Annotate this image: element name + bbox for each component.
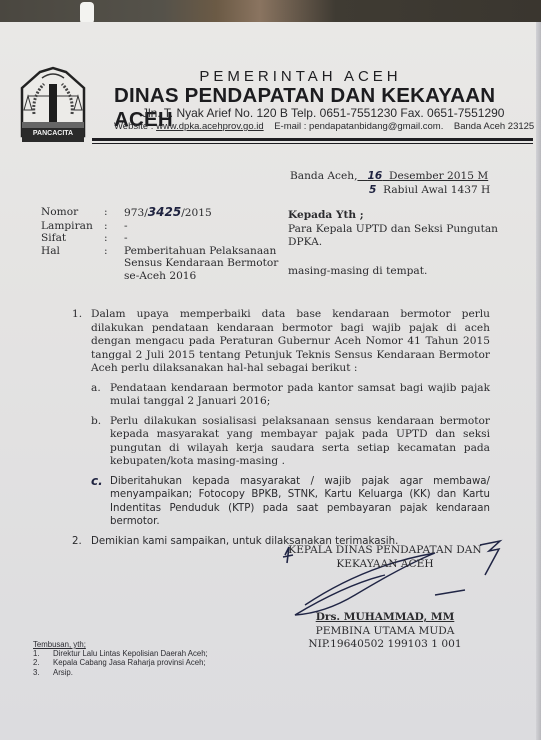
sub-item-label: a.	[91, 382, 110, 409]
meta-key: Sifat	[41, 232, 104, 245]
meta-row-nomor: Nomor : 973/3425/2015	[41, 206, 284, 220]
signatory-name: Drs. MUHAMMAD, MM	[285, 611, 485, 625]
body-item-1: 1. Dalam upaya memperbaiki data base ken…	[72, 308, 490, 376]
city-postal: Banda Aceh 23125	[454, 121, 534, 132]
meta-sep: :	[104, 206, 124, 220]
cc-item: 3.Arsip.	[33, 668, 208, 677]
nomor-suffix: /2015	[181, 207, 212, 219]
letterhead-rule-thick	[92, 138, 533, 141]
signatory-title-2: KEKAYAAN ACEH	[285, 558, 485, 572]
letter-body: 1. Dalam upaya memperbaiki data base ken…	[72, 308, 490, 548]
meta-row-lampiran: Lampiran : -	[41, 220, 284, 233]
letterhead-contact: Website : www.dpka.acehprov.go.id E-mail…	[114, 121, 534, 132]
meta-key: Nomor	[41, 206, 104, 220]
letterhead-address: Jln. T. Nyak Arief No. 120 B Telp. 0651-…	[142, 106, 504, 120]
date-day-handwritten: 16	[368, 170, 383, 182]
sub-item-b: b. Perlu dilakukan sosialisasi pelaksana…	[91, 415, 490, 469]
hijri-rest: Rabiul Awal 1437 H	[383, 184, 490, 196]
sub-item-text: Diberitahukan kepada masyarakat / wajib …	[110, 475, 490, 529]
email-text: E-mail : pendapatanbidang@gmail.com.	[274, 121, 443, 132]
meta-value: -	[124, 220, 284, 233]
sub-item-label: b.	[91, 415, 110, 469]
meta-value: Pemberitahuan Pelaksanaan Sensus Kendara…	[124, 245, 284, 283]
recipient-block: Kepada Yth ; Para Kepala UPTD dan Seksi …	[288, 209, 498, 250]
sub-item-list: a. Pendataan kendaraan bermotor pada kan…	[91, 382, 490, 529]
hijri-date: 5 Rabiul Awal 1437 H	[369, 184, 490, 198]
item-number: 2.	[72, 535, 91, 549]
letterhead-rule-thin	[92, 143, 533, 144]
letterhead-government: PEMERINTAH ACEH	[0, 68, 541, 85]
signatory-nip: NIP.19640502 199103 1 001	[285, 638, 485, 652]
meta-row-hal: Hal : Pemberitahuan Pelaksanaan Sensus K…	[41, 245, 284, 283]
meta-sep: :	[104, 245, 124, 283]
cc-item: 1.Direktur Lalu Lintas Kepolisian Daerah…	[33, 649, 208, 658]
cc-item: 2.Kepala Cabang Jasa Raharja provinsi Ac…	[33, 658, 208, 667]
meta-row-sifat: Sifat : -	[41, 232, 284, 245]
item-text: Dalam upaya memperbaiki data base kendar…	[91, 308, 490, 376]
meta-sep: :	[104, 232, 124, 245]
letter-meta: Nomor : 973/3425/2015 Lampiran : - Sifat…	[41, 206, 284, 283]
sub-item-label-handwritten: c.	[91, 475, 110, 529]
website-label: Website :	[114, 121, 156, 132]
signatory-rank: PEMBINA UTAMA MUDA	[285, 625, 485, 639]
meta-key: Lampiran	[41, 220, 104, 233]
sub-item-a: a. Pendataan kendaraan bermotor pada kan…	[91, 382, 490, 409]
hijri-day-handwritten: 5	[369, 184, 376, 196]
sub-item-c: c. Diberitahukan kepada masyarakat / waj…	[91, 475, 490, 529]
carbon-copy-list: Tembusan, yth; 1.Direktur Lalu Lintas Ke…	[33, 640, 208, 677]
recipient-place: masing-masing di tempat.	[288, 265, 427, 279]
meta-sep: :	[104, 220, 124, 233]
meta-key: Hal	[41, 245, 104, 283]
cc-title: Tembusan, yth;	[33, 640, 208, 649]
sub-item-text: Perlu dilakukan sosialisasi pelaksanaan …	[110, 415, 490, 469]
item-number: 1.	[72, 308, 91, 376]
recipient-name: Para Kepala UPTD dan Seksi Pungutan DPKA…	[288, 223, 498, 249]
date-city: Banda Aceh,	[290, 170, 357, 182]
signatory-title-1: KEPALA DINAS PENDAPATAN DAN	[285, 544, 485, 558]
letter-date: Banda Aceh, 16 Desember 2015 M	[290, 170, 488, 184]
paper-edge	[536, 22, 541, 740]
date-month-year: Desember 2015 M	[389, 170, 488, 182]
logo-caption: PANCACITA	[23, 130, 83, 137]
background-light	[80, 2, 94, 24]
website-link[interactable]: www.dpka.acehprov.go.id	[156, 121, 264, 132]
sub-item-text: Pendataan kendaraan bermotor pada kantor…	[110, 382, 490, 409]
meta-value: -	[124, 232, 284, 245]
nomor-handwritten: 3425	[148, 205, 181, 219]
signature-block: KEPALA DINAS PENDAPATAN DAN KEKAYAAN ACE…	[285, 544, 485, 652]
nomor-prefix: 973/	[124, 207, 148, 219]
recipient-heading: Kepada Yth ;	[288, 209, 364, 221]
